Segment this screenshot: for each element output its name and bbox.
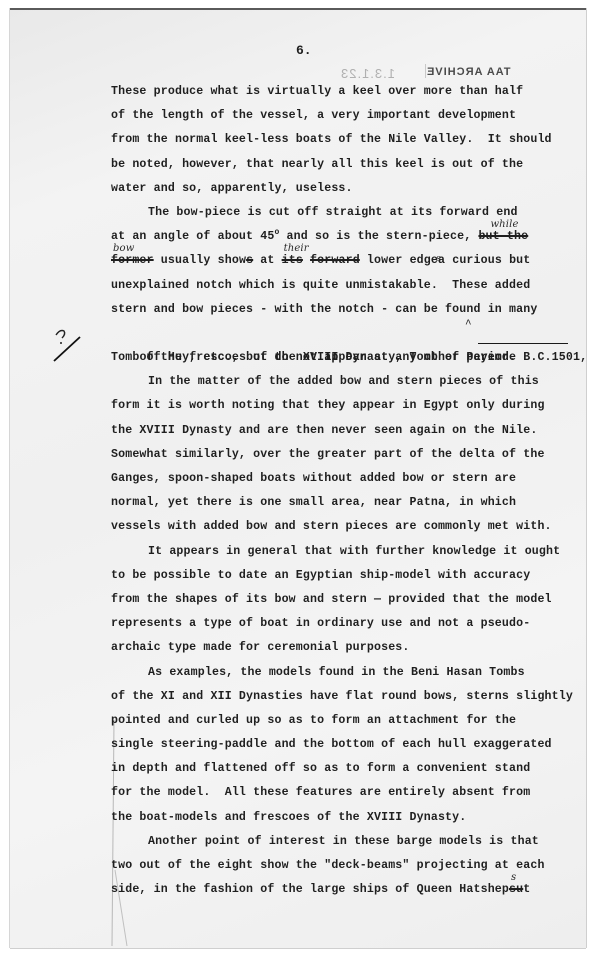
handwritten-insert: s bbox=[436, 254, 441, 264]
archive-date-stamp: 1.3.1.23 bbox=[340, 66, 395, 81]
text-line: of the XI and XII Dynasties have flat ro… bbox=[111, 685, 581, 709]
text-line-with-edit: side, in the fashion of the large ships … bbox=[111, 878, 581, 902]
margin-question-mark-annotation bbox=[48, 325, 88, 365]
text-line: for the model. All these features are en… bbox=[111, 781, 581, 805]
paragraph-start-line: As examples, the models found in the Ben… bbox=[111, 661, 581, 685]
text-segment: usually show bbox=[154, 254, 246, 267]
text-line: Somewhat similarly, over the greater par… bbox=[111, 443, 581, 467]
text-line: single steering-paddle and the bottom of… bbox=[111, 733, 581, 757]
text-segment: side, in the fashion of the large ships … bbox=[111, 883, 509, 896]
text-line: represents a type of boat in ordinary us… bbox=[111, 612, 581, 636]
text-line: These produce what is virtually a keel o… bbox=[111, 80, 581, 104]
text-line: Tomb of Huy, etc., but do not appear at … bbox=[111, 346, 581, 370]
struck-edit: itstheir bbox=[282, 254, 303, 267]
struck-text: its bbox=[282, 254, 303, 267]
page-number: 6. bbox=[296, 43, 312, 58]
struck-edit: sus bbox=[509, 883, 523, 896]
text-line: in depth and flattened off so as to form… bbox=[111, 757, 581, 781]
struck-text: former bbox=[111, 254, 154, 267]
text-line-with-edit: formerbow usually shows at itstheir forw… bbox=[111, 249, 581, 273]
text-line: normal, yet there is one small area, nea… bbox=[111, 491, 581, 515]
paragraph-start-line: Another point of interest in these barge… bbox=[111, 830, 581, 854]
handwritten-insert: while bbox=[490, 220, 518, 230]
text-line: Ganges, spoon-shaped boats without added… bbox=[111, 467, 581, 491]
caret-mark: ^ bbox=[465, 313, 472, 337]
archive-stamp: TAA ARCHIVE bbox=[426, 66, 511, 78]
paragraph-start-line: In the matter of the added bow and stern… bbox=[111, 370, 581, 394]
text-line: archaic type made for ceremonial purpose… bbox=[111, 636, 581, 660]
text-line: be noted, however, that nearly all this … bbox=[111, 153, 581, 177]
text-line: the boat-models and frescoes of the XVII… bbox=[111, 806, 581, 830]
text-line: to be possible to date an Egyptian ship-… bbox=[111, 564, 581, 588]
body-text: These produce what is virtually a keel o… bbox=[111, 80, 581, 902]
handwritten-insert: s bbox=[511, 873, 516, 883]
paragraph-start-line: It appears in general that with further … bbox=[111, 540, 581, 564]
text-line: pointed and curled up so as to form an a… bbox=[111, 709, 581, 733]
text-segment: at bbox=[253, 254, 281, 267]
struck-text: su bbox=[509, 883, 523, 896]
text-segment: and so is the stern-piece, bbox=[279, 230, 478, 243]
text-line: vessels with added bow and stern pieces … bbox=[111, 515, 581, 539]
text-line-with-edit: at an angle of about 45o and so is the s… bbox=[111, 225, 581, 249]
text-segment: a curious but bbox=[438, 254, 530, 267]
text-line: of the length of the vessel, a very impo… bbox=[111, 104, 581, 128]
text-line-with-underline: of the frescoes of the XVIII Dynasty, To… bbox=[111, 322, 581, 346]
handwritten-insert: bow bbox=[113, 244, 134, 254]
struck-text: forward bbox=[310, 254, 360, 267]
text-line: stern and bow pieces - with the notch - … bbox=[111, 298, 581, 322]
struck-edit: formerbow bbox=[111, 254, 154, 267]
struck-edit: but thewhile bbox=[478, 230, 528, 243]
text-segment: t bbox=[523, 883, 530, 896]
text-segment: lower edge bbox=[360, 254, 438, 267]
text-line: from the normal keel-less boats of the N… bbox=[111, 128, 581, 152]
text-line: from the shapes of its bow and stern — p… bbox=[111, 588, 581, 612]
struck-text: but the bbox=[478, 230, 528, 243]
text-line: the XVIII Dynasty and are then never see… bbox=[111, 419, 581, 443]
text-line: unexplained notch which is quite unmista… bbox=[111, 274, 581, 298]
text-segment: at an angle of about 45 bbox=[111, 230, 274, 243]
handwritten-underline bbox=[478, 343, 568, 345]
handwritten-insert: their bbox=[284, 244, 309, 254]
text-line: water and so, apparently, useless. bbox=[111, 177, 581, 201]
text-line: form it is worth noting that they appear… bbox=[111, 394, 581, 418]
text-segment bbox=[303, 254, 310, 267]
